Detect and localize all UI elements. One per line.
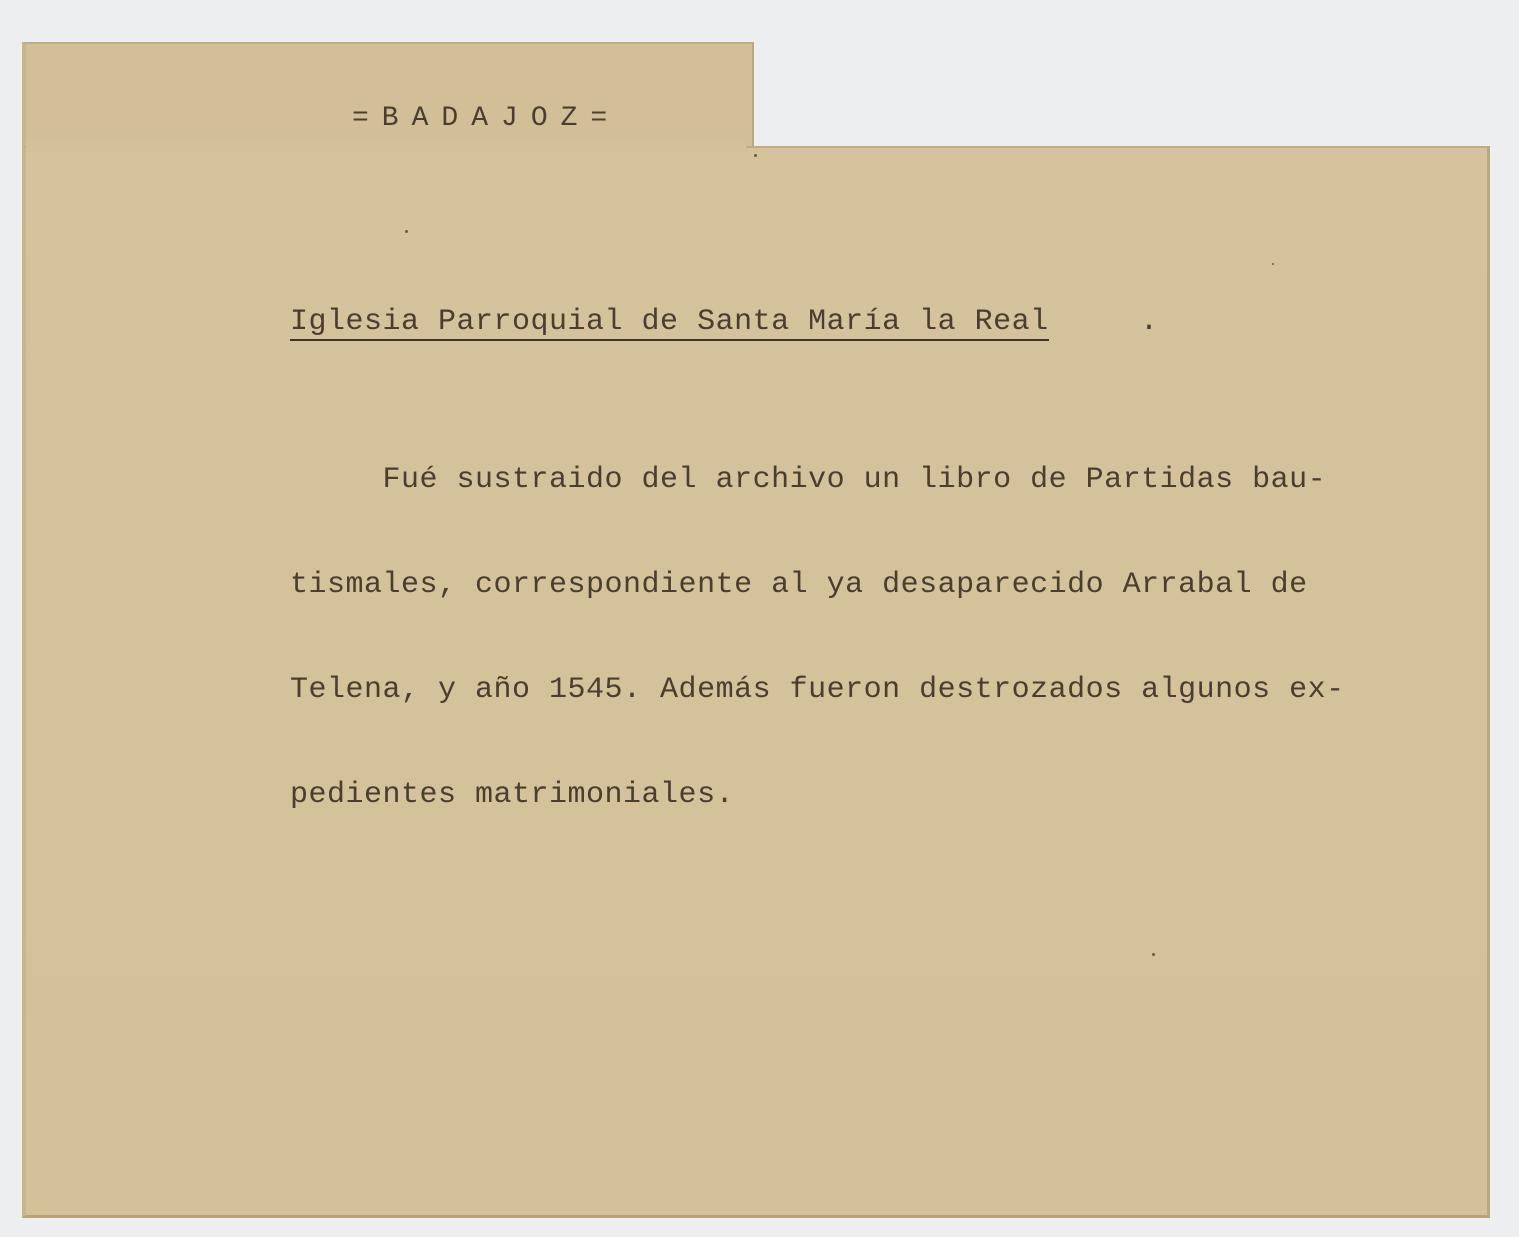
- card-heading-location: =BADAJOZ=: [352, 103, 620, 134]
- paragraph-line: Fué sustraido del archivo un libro de Pa…: [290, 463, 1345, 498]
- paper-speck: [754, 154, 757, 157]
- paragraph-line: tismales, correspondiente al ya desapare…: [290, 568, 1345, 603]
- paper-speck: [1272, 263, 1274, 265]
- paragraph-line: pedientes matrimoniales.: [290, 778, 1345, 813]
- paper-speck: [1152, 953, 1155, 956]
- paper-speck: [405, 230, 408, 233]
- card-title-period: .: [1140, 305, 1159, 339]
- card-title: Iglesia Parroquial de Santa María la Rea…: [290, 305, 1049, 341]
- card-tab-join: [26, 140, 746, 152]
- index-card-tab: [22, 42, 754, 154]
- card-paragraph: Fué sustraido del archivo un libro de Pa…: [290, 393, 1345, 848]
- paragraph-line: Telena, y año 1545. Además fueron destro…: [290, 673, 1345, 708]
